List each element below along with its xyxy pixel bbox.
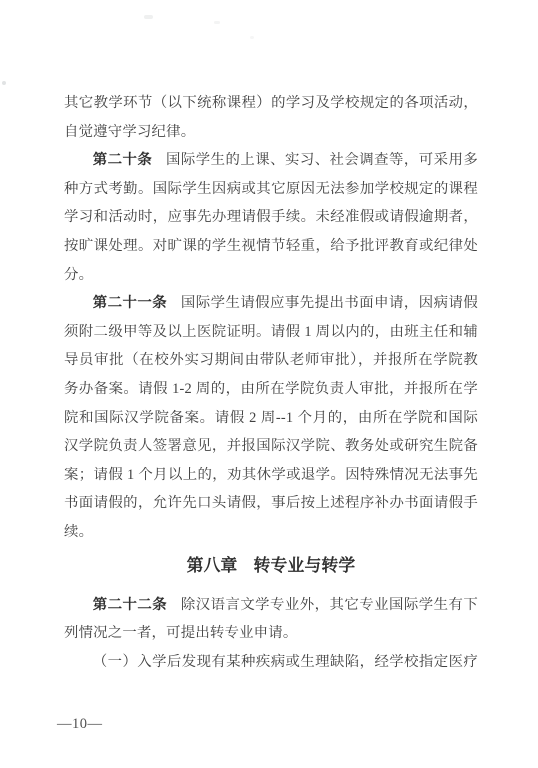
article-number-text: 转专业与转学 [254,556,356,575]
scanned-document-page: 其它教学环节（以下统称课程）的学习及学校规定的各项活动，自觉遵守学习纪律。第二十… [0,0,538,768]
body-text: （一）入学后发现有某种疾病或生理缺陷，经学校指定医疗 [93,654,478,670]
text-line: 第二十条国际学生的上课、实习、社会调查等，可采用多 [64,146,478,175]
text-line: 导员审批（在校外实习期间由带队老师审批），并报所在学院教 [64,346,478,375]
text-line: 续。 [64,518,478,547]
text-line: 院和国际汉学院备案。请假 2 周--1 个月的，由所在学院和国际 [64,404,478,433]
text-line: 分。 [64,261,478,290]
body-text: 学习和活动时，应事先办理请假手续。未经准假或请假逾期者， [64,209,478,225]
article-number-text: 第二十一条 [93,295,167,311]
body-text: 须附二级甲等及以上医院证明。请假 1 周以内的，由班主任和辅 [64,324,478,340]
text-line: 第二十一条国际学生请假应事先提出书面申请，因病请假 [64,289,478,318]
text-line: 种方式考勤。国际学生因病或其它原因无法参加学校规定的课程 [64,175,478,204]
text-line: （一）入学后发现有某种疾病或生理缺陷，经学校指定医疗 [64,648,478,677]
text-line: 第二十二条除汉语言文学专业外，其它专业国际学生有下 [64,591,478,620]
text-line: 列情况之一者，可提出转专业申请。 [64,619,478,648]
body-text: 务办备案。请假 1-2 周的，由所在学院负责人审批，并报所在学 [64,381,478,397]
body-text: 其它教学环节（以下统称课程）的学习及学校规定的各项活动， [64,95,478,111]
article-number-text: 第八章 [187,556,238,575]
body-text: 自觉遵守学习纪律。 [64,124,195,140]
document-lines: 其它教学环节（以下统称课程）的学习及学校规定的各项活动，自觉遵守学习纪律。第二十… [64,89,478,676]
body-text: 种方式考勤。国际学生因病或其它原因无法参加学校规定的课程 [64,181,478,197]
body-text: 除汉语言文学专业外，其它专业国际学生有下 [181,597,478,613]
text-line: 自觉遵守学习纪律。 [64,118,478,147]
text-line: 学习和活动时，应事先办理请假手续。未经准假或请假逾期者， [64,203,478,232]
body-text: 导员审批（在校外实习期间由带队老师审批），并报所在学院教 [64,352,478,368]
body-text: 汉学院负责人签署意见，并报国际汉学院、教务处或研究生院备 [64,438,478,454]
body-text: 院和国际汉学院备案。请假 2 周--1 个月的，由所在学院和国际 [64,410,478,426]
article-number-text: 第二十二条 [93,597,167,613]
article-number-text: 第二十条 [93,152,153,168]
body-text: 列情况之一者，可提出转专业申请。 [64,625,297,641]
body-text: 国际学生的上课、实习、社会调查等，可采用多 [166,152,478,168]
text-line: 其它教学环节（以下统称课程）的学习及学校规定的各项活动， [64,89,478,118]
scan-speckle [214,21,220,24]
body-text: 分。 [64,267,93,283]
body-text: 案；请假 1 个月以上的，劝其休学或退学。因特殊情况无法事先 [64,467,478,483]
text-line: 须附二级甲等及以上医院证明。请假 1 周以内的，由班主任和辅 [64,318,478,347]
chapter-heading: 第八章转专业与转学 [64,549,478,583]
text-line: 书面请假的，允许先口头请假，事后按上述程序补办书面请假手 [64,489,478,518]
scan-speckle [250,36,254,39]
text-line: 汉学院负责人签署意见，并报国际汉学院、教务处或研究生院备 [64,432,478,461]
body-text: 续。 [64,524,93,540]
scan-speckle [144,15,153,19]
body-text: 国际学生请假应事先提出书面申请，因病请假 [181,295,478,311]
text-line: 按旷课处理。对旷课的学生视情节轻重，给予批评教育或纪律处 [64,232,478,261]
body-text: 书面请假的，允许先口头请假，事后按上述程序补办书面请假手 [64,495,478,511]
scan-speckle [2,81,6,85]
text-line: 务办备案。请假 1-2 周的，由所在学院负责人审批，并报所在学 [64,375,478,404]
page-number: —10— [57,714,103,734]
body-text: 按旷课处理。对旷课的学生视情节轻重，给予批评教育或纪律处 [64,238,478,254]
text-line: 案；请假 1 个月以上的，劝其休学或退学。因特殊情况无法事先 [64,461,478,490]
